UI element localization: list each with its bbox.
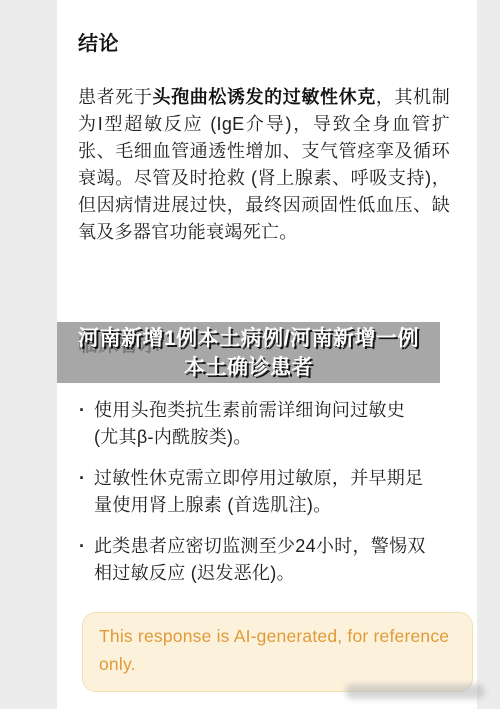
bullet-icon: · — [79, 533, 85, 560]
paragraph-lead: 患者死于 — [78, 87, 152, 107]
news-caption-text: 河南新增1例本土病例/河南新增一例本土确诊患者 — [76, 324, 422, 382]
paragraph-rest: ，其机制为I型超敏反应 (IgE介导)，导致全身血管扩张、毛细血管通透性增加、支… — [78, 87, 450, 242]
conclusion-heading: 结论 — [78, 27, 119, 56]
news-caption-overlay: 河南新增1例本土病例/河南新增一例本土确诊患者 — [57, 322, 440, 383]
warning-list: · 使用头孢类抗生素前需详细询问过敏史 (尤其β-内酰胺类)。 · 过敏性休克需… — [79, 397, 439, 601]
list-item: · 过敏性休克需立即停用过敏原，并早期足量使用肾上腺素 (首选肌注)。 — [79, 465, 435, 519]
bullet-icon: · — [79, 397, 85, 424]
list-item-text: 过敏性休克需立即停用过敏原，并早期足量使用肾上腺素 (首选肌注)。 — [94, 465, 432, 519]
bullet-icon: · — [79, 465, 85, 492]
conclusion-paragraph: 患者死于头孢曲松诱发的过敏性休克，其机制为I型超敏反应 (IgE介导)，导致全身… — [78, 84, 450, 246]
content-panel: 结论 患者死于头孢曲松诱发的过敏性休克，其机制为I型超敏反应 (IgE介导)，导… — [57, 0, 477, 709]
list-item-text: 此类患者应密切监测至少24小时，警惕双相过敏反应 (迟发恶化)。 — [94, 533, 432, 587]
watermark-smudge — [345, 684, 485, 699]
ai-disclaimer-box: This response is AI-generated, for refer… — [82, 612, 473, 692]
right-gutter — [477, 0, 500, 709]
left-gutter — [0, 0, 57, 709]
paragraph-emphasis: 头孢曲松诱发的过敏性休克 — [152, 87, 375, 107]
list-item: · 此类患者应密切监测至少24小时，警惕双相过敏反应 (迟发恶化)。 — [79, 533, 435, 587]
list-item-text: 使用头孢类抗生素前需详细询问过敏史 (尤其β-内酰胺类)。 — [94, 397, 432, 451]
list-item: · 使用头孢类抗生素前需详细询问过敏史 (尤其β-内酰胺类)。 — [79, 397, 435, 451]
disclaimer-text: This response is AI-generated, for refer… — [99, 622, 456, 678]
